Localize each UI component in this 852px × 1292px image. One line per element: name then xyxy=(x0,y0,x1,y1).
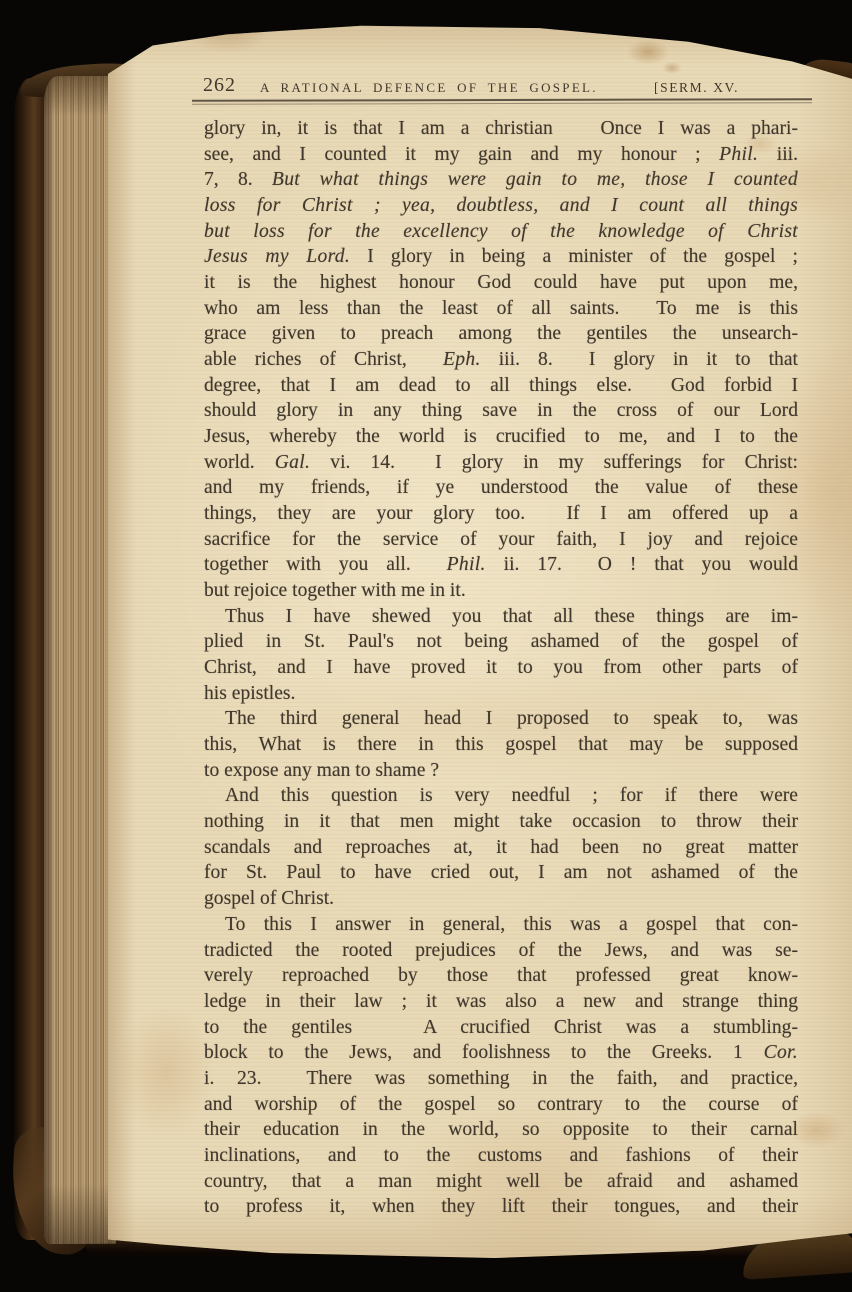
text-line: Thus I have shewed you that all these th… xyxy=(204,604,798,630)
text-line: ledge in their law ; it was also a new a… xyxy=(204,989,798,1015)
text-line: see, and I counted it my gain and my hon… xyxy=(204,142,798,168)
text-line: i. 23. There was something in the faith,… xyxy=(204,1066,798,1092)
book-photo: 262 A RATIONAL DEFENCE OF THE GOSPEL. [S… xyxy=(0,0,852,1292)
text-line: to profess it, when they lift their tong… xyxy=(204,1194,798,1220)
page-edge-stack xyxy=(44,76,116,1244)
header-rule xyxy=(192,98,812,105)
text-line: 7, 8. But what things were gain to me, t… xyxy=(204,167,798,193)
text-line: to the gentiles A crucified Christ was a… xyxy=(204,1015,798,1041)
text-line: grace given to preach among the gentiles… xyxy=(204,321,798,347)
running-title: A RATIONAL DEFENCE OF THE GOSPEL. xyxy=(260,80,660,96)
text-line: gospel of Christ. xyxy=(204,886,798,912)
text-line: Jesus, whereby the world is crucified to… xyxy=(204,424,798,450)
text-line: their education in the world, so opposit… xyxy=(204,1117,798,1143)
text-line: and worship of the gospel so contrary to… xyxy=(204,1092,798,1118)
text-line: but loss for the excellency of the knowl… xyxy=(204,219,798,245)
text-line: Jesus my Lord. I glory in being a minist… xyxy=(204,244,798,270)
text-line: should glory in any thing save in the cr… xyxy=(204,398,798,424)
text-line: it is the highest honour God could have … xyxy=(204,270,798,296)
text-line: and my friends, if ye understood the val… xyxy=(204,475,798,501)
text-line: for St. Paul to have cried out, I am not… xyxy=(204,860,798,886)
body-text: glory in, it is that I am a christian On… xyxy=(204,116,798,1220)
book-page: 262 A RATIONAL DEFENCE OF THE GOSPEL. [S… xyxy=(108,22,852,1258)
sermon-number-label: [SERM. XV. xyxy=(654,80,739,96)
text-line: plied in St. Paul's not being ashamed of… xyxy=(204,629,798,655)
text-line: scandals and reproaches at, it had been … xyxy=(204,835,798,861)
text-line: And this question is very needful ; for … xyxy=(204,783,798,809)
text-line: degree, that I am dead to all things els… xyxy=(204,373,798,399)
text-line: together with you all. Phil. ii. 17. O !… xyxy=(204,552,798,578)
text-line: glory in, it is that I am a christian On… xyxy=(204,116,798,142)
text-line: his epistles. xyxy=(204,681,798,707)
text-line: block to the Jews, and foolishness to th… xyxy=(204,1040,798,1066)
text-line: but rejoice together with me in it. xyxy=(204,578,798,604)
text-line: The third general head I proposed to spe… xyxy=(204,706,798,732)
text-line: country, that a man might well be afraid… xyxy=(204,1169,798,1195)
text-line: inclinations, and to the customs and fas… xyxy=(204,1143,798,1169)
text-line: able riches of Christ, Eph. iii. 8. I gl… xyxy=(204,347,798,373)
text-line: loss for Christ ; yea, doubtless, and I … xyxy=(204,193,798,219)
text-line: Christ, and I have proved it to you from… xyxy=(204,655,798,681)
text-line: tradicted the rooted prejudices of the J… xyxy=(204,938,798,964)
text-line: who am less than the least of all saints… xyxy=(204,296,798,322)
text-line: things, they are your glory too. If I am… xyxy=(204,501,798,527)
text-line: verely reproached by those that professe… xyxy=(204,963,798,989)
text-line: To this I answer in general, this was a … xyxy=(204,912,798,938)
text-line: nothing in it that men might take occasi… xyxy=(204,809,798,835)
text-line: sacrifice for the service of your faith,… xyxy=(204,527,798,553)
page-number: 262 xyxy=(203,74,236,97)
text-line: to expose any man to shame ? xyxy=(204,758,798,784)
text-line: world. Gal. vi. 14. I glory in my suffer… xyxy=(204,450,798,476)
text-line: this, What is there in this gospel that … xyxy=(204,732,798,758)
